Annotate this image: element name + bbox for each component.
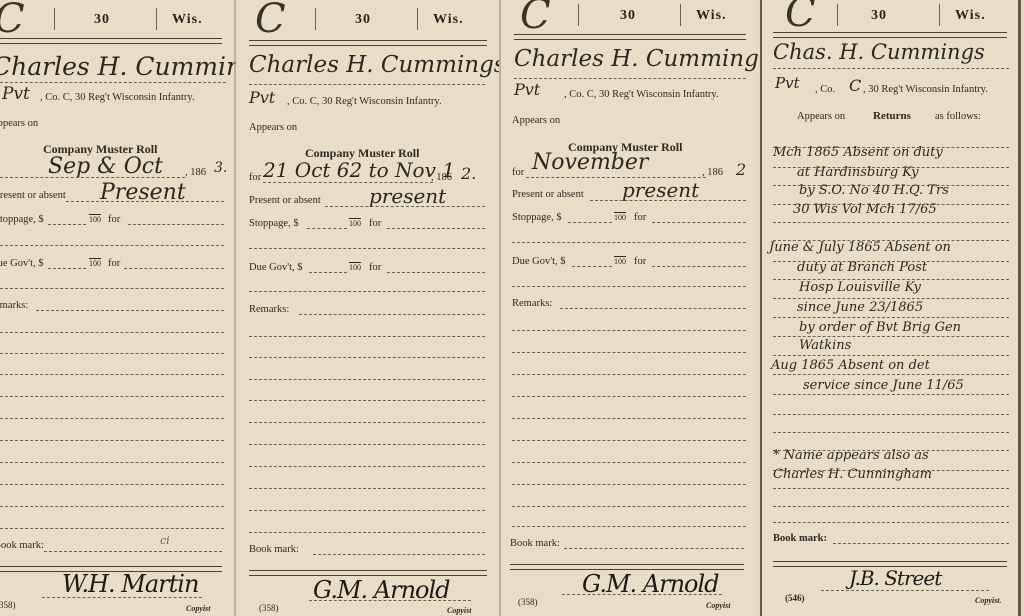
present-value: present (622, 178, 699, 202)
rank: Pvt (514, 80, 540, 99)
year-prefix: , 186 (431, 172, 452, 183)
co-value: C (849, 76, 861, 95)
return-entry: duty at Branch Post (797, 260, 927, 275)
copyist-label: Copyist. (975, 596, 1001, 605)
return-entry: by S.O. No 40 H.Q. Trs (799, 183, 949, 198)
due-govt-label: Due Gov't, $ (249, 262, 303, 273)
company-letter: C (0, 0, 25, 42)
due-govt-label: Due Gov't, $ (512, 256, 566, 267)
co-label: , Co. (815, 84, 835, 95)
card-edge (1018, 0, 1021, 616)
present-or-absent-label: Present or absent (512, 189, 584, 200)
stoppage-label: Stoppage, $ (0, 214, 44, 225)
form-number: (358) (259, 603, 279, 613)
as-follows-label: as follows: (935, 111, 981, 122)
service-card-2: C 30 Wis. Charles H. Cummings Pvt , Co. … (237, 0, 499, 616)
form-number: (358) (0, 600, 16, 610)
remarks-label: Remarks: (512, 298, 552, 309)
book-mark-label: Book mark: (773, 533, 827, 544)
card-header: C 30 Wis. (0, 0, 236, 38)
regiment-number: 30 (355, 12, 371, 28)
regiment-number: 30 (620, 8, 636, 24)
copyist-label: Copyist (706, 601, 730, 610)
card-divider (499, 0, 501, 616)
copyist-signature: W.H. Martin (62, 570, 198, 598)
year-suffix: 2. (461, 164, 476, 183)
card-divider (760, 0, 762, 616)
unit-text: , Co. C, 30 Reg't Wisconsin Infantry. (564, 89, 719, 100)
card-divider (234, 0, 236, 616)
form-number: (546) (785, 593, 805, 603)
unit-text: , 30 Reg't Wisconsin Infantry. (863, 84, 988, 95)
company-letter: C (785, 0, 816, 36)
remarks-label: Remarks: (249, 304, 289, 315)
return-entry: since June 23/1865 (797, 300, 923, 315)
book-mark-value: ci (160, 534, 170, 547)
copyist-label: Copyist (186, 604, 210, 613)
remarks-label: Remarks: (0, 300, 28, 311)
state-abbrev: Wis. (696, 8, 727, 24)
present-or-absent-label: Present or absent (0, 190, 66, 201)
service-card-3: C 30 Wis. Charles H. Cummings Pvt , Co. … (502, 0, 758, 616)
form-number: (358) (518, 597, 538, 607)
book-mark-label: Book mark: (510, 538, 560, 549)
unit-text: , Co. C, 30 Reg't Wisconsin Infantry. (287, 96, 442, 107)
soldier-name: Charles H. Cummings (249, 52, 499, 78)
roll-period: November (532, 150, 648, 175)
for-label: for (512, 167, 524, 178)
year-suffix: 2 (736, 160, 746, 179)
state-abbrev: Wis. (172, 12, 203, 28)
company-letter: C (255, 0, 286, 42)
copyist-label: Copyist (447, 606, 471, 615)
copyist-signature: J.B. Street (849, 566, 941, 590)
soldier-name: Chas. H. Cummings (773, 40, 985, 64)
return-entry: by order of Bvt Brig Gen (799, 320, 961, 335)
appears-on-label: Appears on (249, 122, 297, 133)
company-letter: C (520, 0, 551, 38)
roll-type: Returns (873, 110, 911, 122)
appears-on-label: Appears on (0, 118, 38, 129)
rank: Pvt (2, 84, 30, 104)
service-card-4: C 30 Wis. Chas. H. Cummings Pvt , Co. C … (763, 0, 1017, 616)
roll-period: 21 Oct 62 to Nov 1 (263, 158, 455, 182)
soldier-name: Charles H. Cummings (514, 46, 758, 72)
appears-on-label: Appears on (797, 111, 845, 122)
return-entry: service since June 11/65 (803, 378, 964, 393)
book-mark-label: Book mark: (249, 544, 299, 555)
return-entry: 30 Wis Vol Mch 17/65 (793, 202, 937, 217)
service-card-1: C 30 Wis. Charles H. Cummings Pvt , Co. … (0, 0, 236, 616)
return-entry: Aug 1865 Absent on det (771, 358, 930, 373)
year-prefix: , 186 (702, 167, 723, 178)
year-prefix: , 186 (185, 167, 206, 178)
card-header: C 30 Wis. (502, 0, 758, 38)
return-entry: Watkins (799, 338, 851, 353)
due-govt-label: Due Gov't, $ (0, 258, 44, 269)
return-entry: Hosp Louisville Ky (799, 280, 921, 295)
year-suffix: 3. (214, 160, 227, 176)
present-value: Present (100, 180, 186, 205)
state-abbrev: Wis. (433, 12, 464, 28)
roll-period: Sep & Oct (48, 154, 163, 179)
unit-text: , Co. C, 30 Reg't Wisconsin Infantry. (40, 92, 195, 103)
rank: Pvt (249, 88, 275, 107)
card-header: C 30 Wis. (237, 0, 499, 38)
present-value: present (369, 184, 446, 208)
regiment-number: 30 (871, 8, 887, 24)
present-or-absent-label: Present or absent (249, 195, 321, 206)
appears-on-label: Appears on (512, 115, 560, 126)
stoppage-label: Stoppage, $ (249, 218, 299, 229)
book-mark-label: Book mark: (0, 540, 44, 551)
stoppage-label: Stoppage, $ (512, 212, 562, 223)
return-entry: Mch 1865 Absent on duty (773, 145, 943, 160)
return-entry: * Name appears also as (773, 448, 929, 463)
for-label: for (249, 172, 261, 183)
rank: Pvt (775, 74, 800, 92)
regiment-number: 30 (94, 12, 110, 28)
return-entry: at Hardinsburg Ky (797, 165, 919, 180)
return-entry: Charles H. Cunningham (773, 467, 932, 482)
soldier-name: Charles H. Cummings (0, 52, 236, 81)
state-abbrev: Wis. (955, 8, 986, 24)
return-entry: June & July 1865 Absent on (769, 240, 951, 255)
